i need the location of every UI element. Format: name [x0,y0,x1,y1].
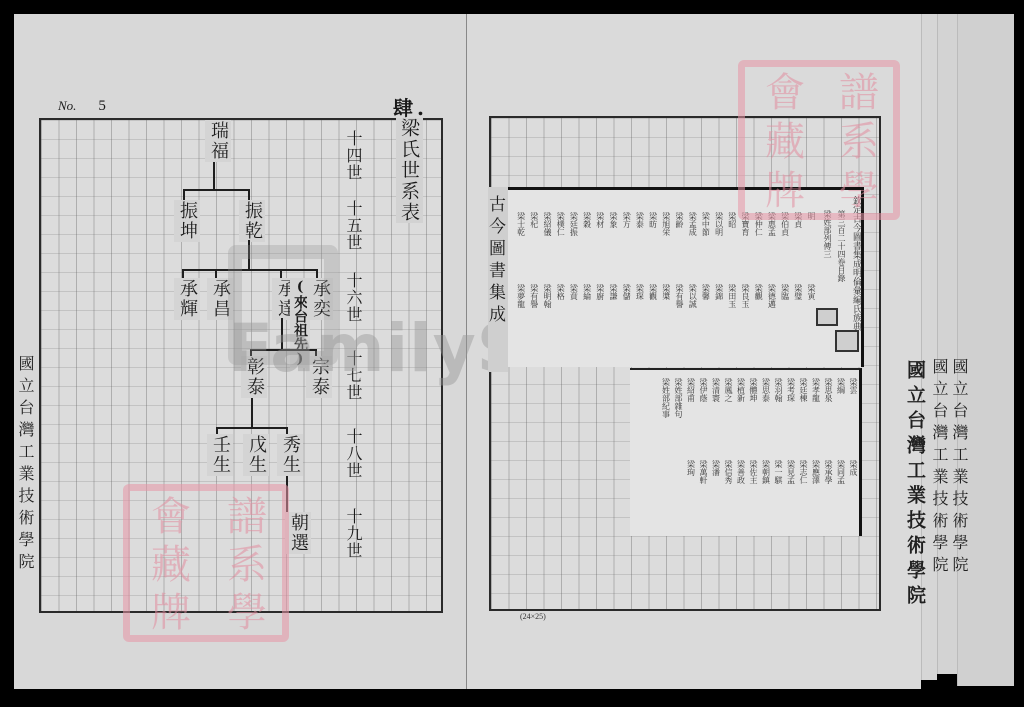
insert-name-entry: 梁賁 [568,284,579,300]
insert-name-entry: 梁中節 [700,212,711,236]
insert-name-entry: 梁植新 [736,378,747,402]
insert-name-entry: 梁旭栄 [661,212,672,236]
page-reference: (24×25) [520,612,546,621]
insert-name-entry: 梁廷振 [568,212,579,236]
tree-node-gen15: 振坤 [174,200,200,242]
insert-name-entry: 梁方 [621,212,632,228]
insert-name-entry: 梁孝龍 [811,378,822,402]
seal-char: 牌 [130,587,206,635]
generation-label: 十四世 [342,130,365,181]
tree-connector [183,189,249,191]
insert-name-entry: 梁志仁 [798,460,809,484]
insert-name-entry: 梁廚 [595,284,606,300]
tree-node-gen18: 戊生 [243,434,269,476]
insert-name-entry: 梁紹儀 [542,212,553,236]
insert-name-entry: 梁錦 [714,284,725,300]
insert-name-entry: 梁士乾 [516,212,527,236]
insert-name-entry: 梁寅 [806,284,817,300]
insert-name-entry: 梁格 [555,284,566,300]
insert-name-entry: 梁昭 [727,212,738,228]
tree-connector [216,427,287,429]
insert-name-entry: 梁思泉 [823,378,834,402]
seal-char: 藏 [130,539,206,587]
insert-name-entry: 梁姓部雜句 [673,378,684,418]
insert-name-entry: 梁以誠 [687,284,698,308]
insert-name-entry: 梁有譽 [529,284,540,308]
insert-name-entry: 梁象 [608,212,619,228]
insert-name-entry: 梁清寰 [711,378,722,402]
page-number-value: 5 [98,98,106,114]
insert-name-entry: 梁謙 [608,284,619,300]
insert-name-entry: 梁臨 [780,284,791,300]
page-number-label: No. [58,98,76,113]
left-margin-stamp-text: 國立台灣工業技術學院 [14,355,37,575]
insert-name-entry: 梁伊蔭 [698,378,709,402]
insert-name-entry: 梁思泰 [761,378,772,402]
seal-char: 系 [206,539,282,587]
insert-spine-title: 古今圖書集成 [488,187,508,372]
insert-name-entry: 梁見孟 [786,460,797,484]
insert-name-entry: 梁馨 [700,284,711,300]
red-seal-stamp: 譜 系 學 會 藏 牌 [738,60,900,220]
insert-name-entry: 梁田玉 [727,284,738,308]
seal-char: 譜 [206,491,282,539]
tree-node-gen14: 瑞福 [205,120,231,162]
section-mark: 肆. [393,92,428,121]
insert-name-entry: 梁姓部紀事 [661,378,672,418]
insert-name-entry: 梁考琛 [786,378,797,402]
insert-name-entry: 梁應澤 [811,460,822,484]
insert-name-entry: 梁泰 [634,212,645,228]
insert-name-entry: 梁璧 [793,284,804,300]
insert-name-entry: 梁有譽 [674,284,685,308]
insert-name-entry: 梁昉 [648,212,659,228]
insert-name-entry: 梁廷棟 [798,378,809,402]
insert-name-entry: 梁同孟 [836,460,847,484]
insert-name-entry: 梁德邁 [766,284,777,308]
insert-name-entry: 梁儲 [621,284,632,300]
small-seal-stamp [835,330,859,352]
insert-name-entry: 梁佐主 [748,460,759,484]
red-seal-stamp: 譜 系 學 會 藏 牌 [123,484,289,642]
insert-name-entry: 梁鳳之 [723,378,734,402]
insert-name-entry: 梁齡 [674,212,685,228]
insert-name-entry: 梁承學 [823,460,834,484]
seal-char: 會 [130,491,206,539]
insert-name-entry: 梁以明 [714,212,725,236]
insert-heading: 第三百二十四卷目錄 [836,210,847,282]
insert-name-entry: 梁雲 [848,378,859,394]
insert-name-entry: 梁觀 [648,284,659,300]
generation-label: 十五世 [342,200,365,251]
generation-label: 十八世 [342,428,365,479]
insert-name-entry: 梁樸仁 [555,212,566,236]
insert-name-entry: 梁明翰 [542,284,553,308]
page-number: No.5 [58,98,106,115]
insert-name-entry: 梁成 [848,460,859,476]
insert-name-entry: 梁羽翰 [773,378,784,402]
insert-name-entry: 梁朝鎮 [761,460,772,484]
insert-name-entry: 梁善政 [736,460,747,484]
insert-name-entry: 梁孟成 [687,212,698,236]
insert-name-entry: 梁綱 [836,378,847,394]
seal-char: 系 [819,116,893,165]
seal-char: 譜 [819,67,893,116]
insert-name-entry: 梁良玉 [740,284,751,308]
insert-name-entry: 梁體坤 [748,378,759,402]
insert-name-entry: 梁杞 [529,212,540,228]
tree-node-gen18: 秀生 [277,434,303,476]
tree-connector [213,162,215,190]
insert-name-entry: 梁槳 [661,284,672,300]
insert-name-entry: 梁穀 [582,212,593,228]
insert-name-entry: 梁綸 [582,284,593,300]
small-seal-stamp [816,308,838,326]
insert-name-entry: 梁琛 [634,284,645,300]
insert-name-entry: 梁信秀 [723,460,734,484]
insert-name-entry: 梁材 [595,212,606,228]
generation-label: 十九世 [342,508,365,559]
seal-char: 牌 [745,164,819,213]
insert-name-entry: 梁珣 [686,460,697,476]
library-stamp: 國立台灣工業技術學院 [948,358,971,578]
page-leaf-3 [957,14,1014,686]
tree-node-gen16: 承輝 [174,278,200,320]
seal-char: 學 [206,587,282,635]
insert-name-entry: 梁一騏 [773,460,784,484]
insert-name-entry: 梁夢龍 [516,284,527,308]
tree-node-gen15: 振乾 [239,200,265,242]
seal-char: 藏 [745,116,819,165]
insert-name-entry: 梁萬軒 [698,460,709,484]
page-title: 梁氏世系表 [396,118,423,223]
seal-char: 會 [745,67,819,116]
seal-char: 學 [819,164,893,213]
tree-connector [251,398,253,428]
insert-name-entry: 梁紹甫 [686,378,697,402]
library-stamp: 國立台灣工業技術學院 [902,360,929,610]
insert-name-entry: 梁潘 [711,460,722,476]
insert-name-entry: 梁觀 [753,284,764,300]
tree-node-gen18: 壬生 [207,434,233,476]
